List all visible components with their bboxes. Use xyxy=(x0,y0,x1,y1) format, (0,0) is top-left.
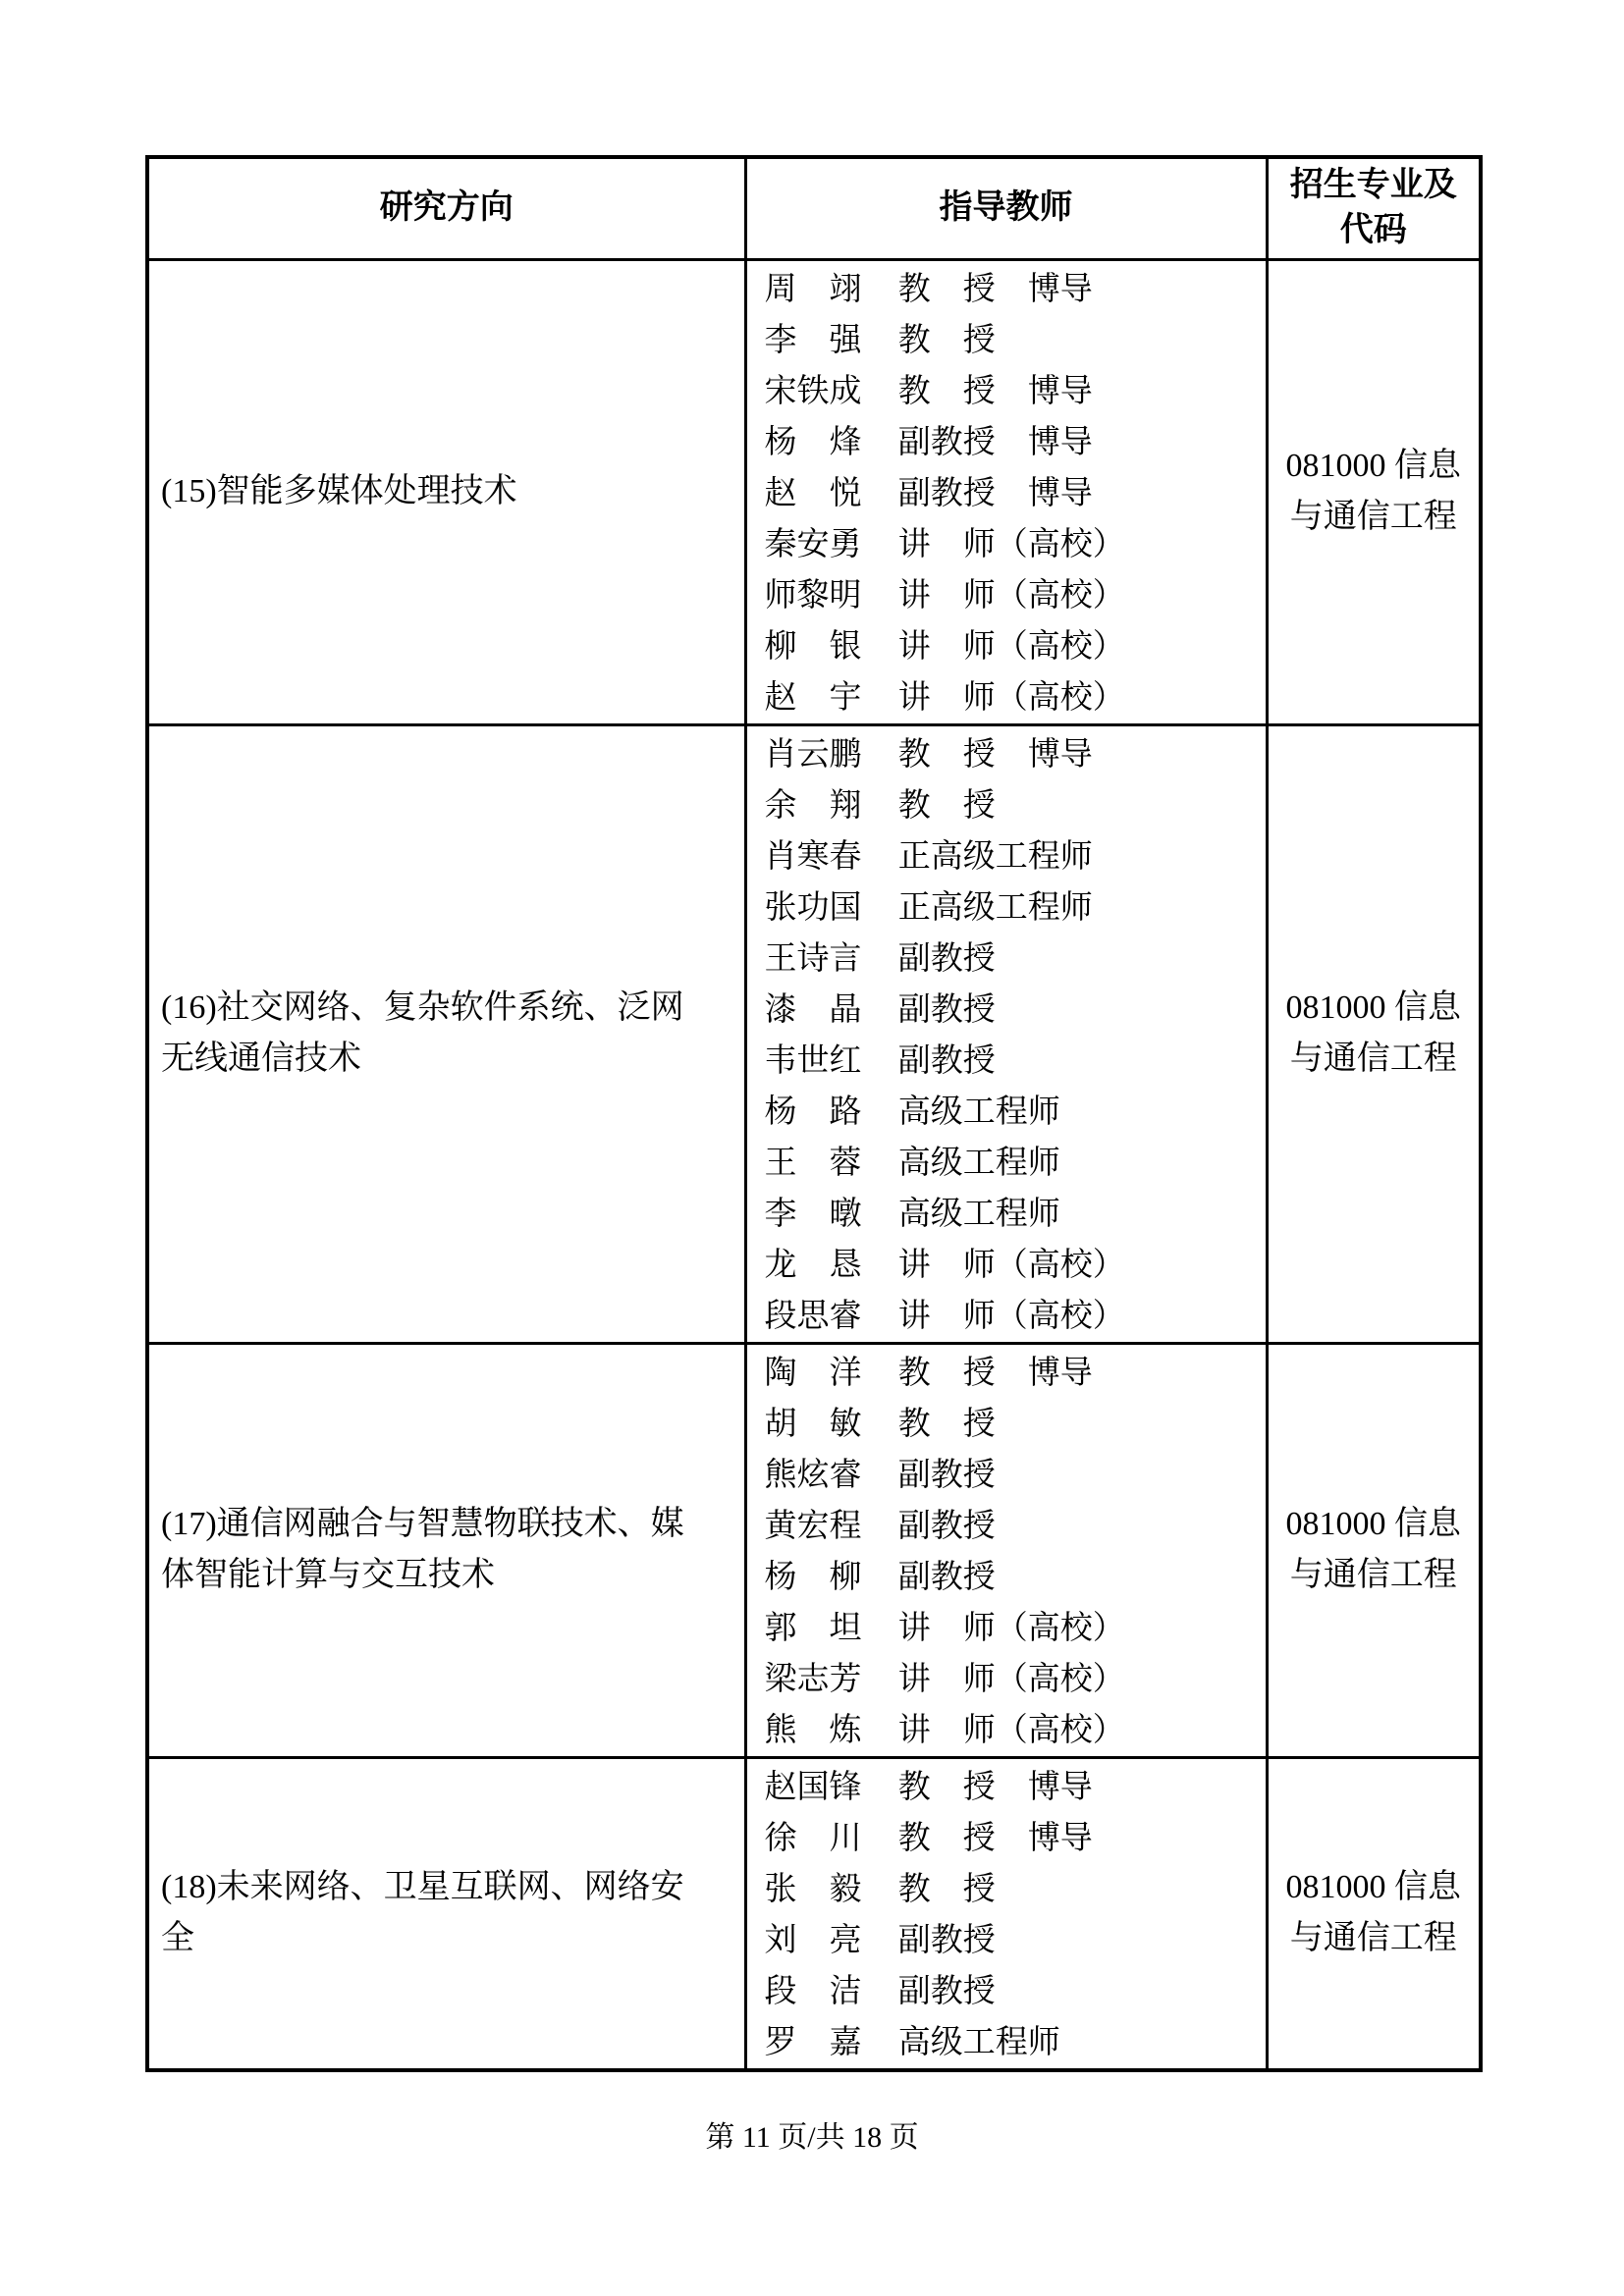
advisor-title: 教 授 博导 xyxy=(898,272,1093,307)
direction-text: (17)通信网融合与智慧物联技术、媒体智能计算与交互技术 xyxy=(161,1506,684,1593)
advisor-title: 副教授 博导 xyxy=(898,476,1093,511)
advisor-title: 教 授 博导 xyxy=(898,1356,1093,1391)
advisor-name: 秦安勇 xyxy=(765,519,875,570)
advisor-title: 高级工程师 xyxy=(898,2025,1060,2060)
advisor-name: 赵国锋 xyxy=(765,1762,875,1813)
header-advisors-label: 指导教师 xyxy=(747,186,1266,231)
advisor-name: 熊炫睿 xyxy=(765,1450,875,1501)
advisor-line: 杨 路 高级工程师 xyxy=(765,1087,1266,1138)
advisor-title: 讲 师（高校） xyxy=(898,527,1125,562)
advisor-title: 讲 师（高校） xyxy=(898,1299,1125,1334)
table-row: (16)社交网络、复杂软件系统、泛网无线通信技术 肖云鹏 教 授 博导 余 翔 … xyxy=(147,724,1481,1343)
advisor-line: 王 蓉 高级工程师 xyxy=(765,1138,1266,1189)
advisor-line: 陶 洋 教 授 博导 xyxy=(765,1348,1266,1399)
advisor-line: 龙 恳 讲 师（高校） xyxy=(765,1240,1266,1291)
advisor-title: 高级工程师 xyxy=(898,1095,1060,1130)
advisor-name: 李 强 xyxy=(765,315,875,366)
advisor-name: 柳 银 xyxy=(765,621,875,672)
advisor-title: 副教授 xyxy=(898,1458,996,1493)
advisor-line: 熊炫睿 副教授 xyxy=(765,1450,1266,1501)
table-row: (18)未来网络、卫星互联网、网络安全 赵国锋 教 授 博导 徐 川 教 授 博… xyxy=(147,1757,1481,2070)
advisor-name: 胡 敏 xyxy=(765,1399,875,1450)
advisor-name: 熊 炼 xyxy=(765,1705,875,1756)
advisor-title: 副教授 xyxy=(898,1043,996,1079)
advisor-name: 王 蓉 xyxy=(765,1138,875,1189)
header-program-label: 招生专业及代码 xyxy=(1282,163,1465,253)
advisor-line: 黄宏程 副教授 xyxy=(765,1501,1266,1552)
program-cell: 081000 信息与通信工程 xyxy=(1267,1757,1481,2070)
advisor-line: 郭 坦 讲 师（高校） xyxy=(765,1603,1266,1654)
advisor-line: 漆 晶 副教授 xyxy=(765,985,1266,1036)
table-row: (17)通信网融合与智慧物联技术、媒体智能计算与交互技术 陶 洋 教 授 博导 … xyxy=(147,1343,1481,1757)
program-cell: 081000 信息与通信工程 xyxy=(1267,1343,1481,1757)
advisor-name: 梁志芳 xyxy=(765,1654,875,1705)
advisor-line: 秦安勇 讲 师（高校） xyxy=(765,519,1266,570)
advisor-title: 高级工程师 xyxy=(898,1197,1060,1232)
advisor-line: 张功国 正高级工程师 xyxy=(765,882,1266,934)
advisor-line: 杨 柳 副教授 xyxy=(765,1552,1266,1603)
program-text: 081000 信息与通信工程 xyxy=(1277,983,1470,1085)
advisor-name: 韦世红 xyxy=(765,1036,875,1087)
direction-text: (18)未来网络、卫星互联网、网络安全 xyxy=(161,1869,684,1956)
advisor-title: 讲 师（高校） xyxy=(898,1713,1125,1748)
advisor-title: 教 授 博导 xyxy=(898,737,1093,773)
advisor-line: 胡 敏 教 授 xyxy=(765,1399,1266,1450)
advisor-name: 段思睿 xyxy=(765,1291,875,1342)
advisor-line: 柳 银 讲 师（高校） xyxy=(765,621,1266,672)
advisor-title: 正高级工程师 xyxy=(898,839,1093,875)
page-footer: 第 11 页/共 18 页 xyxy=(0,2118,1624,2158)
header-direction-label: 研究方向 xyxy=(149,186,744,231)
advisor-name: 郭 坦 xyxy=(765,1603,875,1654)
advisors-cell: 肖云鹏 教 授 博导 余 翔 教 授 肖寒春 正高级工程师 张功国 正高级工程师… xyxy=(745,724,1267,1343)
advisor-line: 宋铁成 教 授 博导 xyxy=(765,366,1266,417)
advisors-cell: 陶 洋 教 授 博导 胡 敏 教 授 熊炫睿 副教授 黄宏程 副教授 杨 柳 副… xyxy=(745,1343,1267,1757)
advisor-name: 张 毅 xyxy=(765,1864,875,1915)
advisor-name: 段 洁 xyxy=(765,1966,875,2017)
advisor-title: 教 授 xyxy=(898,1872,996,1907)
advisor-name: 周 翊 xyxy=(765,264,875,315)
direction-text: (15)智能多媒体处理技术 xyxy=(161,473,517,509)
advisor-name: 杨 路 xyxy=(765,1087,875,1138)
direction-cell: (16)社交网络、复杂软件系统、泛网无线通信技术 xyxy=(147,724,745,1343)
advisor-title: 教 授 博导 xyxy=(898,1770,1093,1805)
advisor-title: 教 授 xyxy=(898,788,996,824)
advisor-name: 龙 恳 xyxy=(765,1240,875,1291)
advisor-title: 讲 师（高校） xyxy=(898,1248,1125,1283)
header-cell-advisors: 指导教师 xyxy=(745,157,1267,259)
advisor-line: 肖云鹏 教 授 博导 xyxy=(765,729,1266,780)
advisor-name: 赵 宇 xyxy=(765,672,875,723)
advisor-name: 陶 洋 xyxy=(765,1348,875,1399)
document-page: 研究方向 指导教师 招生专业及代码 (15)智能多媒体处理技术 周 翊 教 授 … xyxy=(0,0,1624,2296)
program-text: 081000 信息与通信工程 xyxy=(1277,1499,1470,1601)
advisor-title: 教 授 xyxy=(898,1407,996,1442)
advisor-title: 副教授 xyxy=(898,1923,996,1958)
table-row: (15)智能多媒体处理技术 周 翊 教 授 博导 李 强 教 授 宋铁成 教 授… xyxy=(147,259,1481,724)
advisor-title: 教 授 博导 xyxy=(898,374,1093,409)
direction-cell: (17)通信网融合与智慧物联技术、媒体智能计算与交互技术 xyxy=(147,1343,745,1757)
advisor-title: 高级工程师 xyxy=(898,1146,1060,1181)
advisor-name: 王诗言 xyxy=(765,934,875,985)
advisor-line: 段 洁 副教授 xyxy=(765,1966,1266,2017)
advisor-name: 罗 嘉 xyxy=(765,2017,875,2068)
advisor-name: 李 暾 xyxy=(765,1189,875,1240)
advisor-line: 肖寒春 正高级工程师 xyxy=(765,831,1266,882)
advisor-name: 徐 川 xyxy=(765,1813,875,1864)
advisor-title: 讲 师（高校） xyxy=(898,680,1125,716)
advisor-line: 赵国锋 教 授 博导 xyxy=(765,1762,1266,1813)
advisors-cell: 赵国锋 教 授 博导 徐 川 教 授 博导 张 毅 教 授 刘 亮 副教授 段 … xyxy=(745,1757,1267,2070)
table-header-row: 研究方向 指导教师 招生专业及代码 xyxy=(147,157,1481,259)
advisor-title: 副教授 xyxy=(898,1560,996,1595)
advisor-title: 讲 师（高校） xyxy=(898,1611,1125,1646)
advisor-title: 教 授 博导 xyxy=(898,1821,1093,1856)
advisor-name: 宋铁成 xyxy=(765,366,875,417)
advisor-title: 讲 师（高校） xyxy=(898,629,1125,665)
advisors-cell: 周 翊 教 授 博导 李 强 教 授 宋铁成 教 授 博导 杨 烽 副教授 博导… xyxy=(745,259,1267,724)
program-text: 081000 信息与通信工程 xyxy=(1277,441,1470,543)
advisor-line: 余 翔 教 授 xyxy=(765,780,1266,831)
research-directions-table: 研究方向 指导教师 招生专业及代码 (15)智能多媒体处理技术 周 翊 教 授 … xyxy=(145,155,1483,2072)
advisor-name: 漆 晶 xyxy=(765,985,875,1036)
advisor-name: 黄宏程 xyxy=(765,1501,875,1552)
advisor-line: 梁志芳 讲 师（高校） xyxy=(765,1654,1266,1705)
advisor-title: 正高级工程师 xyxy=(898,890,1093,926)
advisor-title: 副教授 xyxy=(898,941,996,977)
advisor-title: 副教授 xyxy=(898,1974,996,2009)
header-cell-program: 招生专业及代码 xyxy=(1267,157,1481,259)
direction-cell: (18)未来网络、卫星互联网、网络安全 xyxy=(147,1757,745,2070)
advisor-title: 教 授 xyxy=(898,323,996,358)
advisor-name: 肖云鹏 xyxy=(765,729,875,780)
advisor-line: 王诗言 副教授 xyxy=(765,934,1266,985)
advisor-title: 副教授 xyxy=(898,1509,996,1544)
advisor-line: 罗 嘉 高级工程师 xyxy=(765,2017,1266,2068)
advisor-line: 韦世红 副教授 xyxy=(765,1036,1266,1087)
advisor-name: 赵 悦 xyxy=(765,468,875,519)
program-cell: 081000 信息与通信工程 xyxy=(1267,724,1481,1343)
advisor-name: 杨 柳 xyxy=(765,1552,875,1603)
advisor-line: 赵 宇 讲 师（高校） xyxy=(765,672,1266,723)
advisor-name: 肖寒春 xyxy=(765,831,875,882)
advisor-name: 师黎明 xyxy=(765,570,875,621)
advisor-line: 徐 川 教 授 博导 xyxy=(765,1813,1266,1864)
direction-text: (16)社交网络、复杂软件系统、泛网无线通信技术 xyxy=(161,989,684,1077)
advisor-name: 刘 亮 xyxy=(765,1915,875,1966)
advisor-line: 杨 烽 副教授 博导 xyxy=(765,417,1266,468)
direction-cell: (15)智能多媒体处理技术 xyxy=(147,259,745,724)
advisor-line: 周 翊 教 授 博导 xyxy=(765,264,1266,315)
header-cell-direction: 研究方向 xyxy=(147,157,745,259)
advisor-name: 余 翔 xyxy=(765,780,875,831)
advisor-title: 副教授 xyxy=(898,992,996,1028)
advisor-title: 副教授 博导 xyxy=(898,425,1093,460)
program-text: 081000 信息与通信工程 xyxy=(1277,1862,1470,1964)
advisor-line: 刘 亮 副教授 xyxy=(765,1915,1266,1966)
advisor-line: 李 强 教 授 xyxy=(765,315,1266,366)
program-cell: 081000 信息与通信工程 xyxy=(1267,259,1481,724)
advisor-title: 讲 师（高校） xyxy=(898,1662,1125,1697)
advisor-line: 赵 悦 副教授 博导 xyxy=(765,468,1266,519)
advisor-line: 熊 炼 讲 师（高校） xyxy=(765,1705,1266,1756)
advisor-line: 段思睿 讲 师（高校） xyxy=(765,1291,1266,1342)
advisor-name: 杨 烽 xyxy=(765,417,875,468)
advisor-title: 讲 师（高校） xyxy=(898,578,1125,614)
advisor-line: 张 毅 教 授 xyxy=(765,1864,1266,1915)
advisor-line: 李 暾 高级工程师 xyxy=(765,1189,1266,1240)
advisor-name: 张功国 xyxy=(765,882,875,934)
advisor-line: 师黎明 讲 师（高校） xyxy=(765,570,1266,621)
